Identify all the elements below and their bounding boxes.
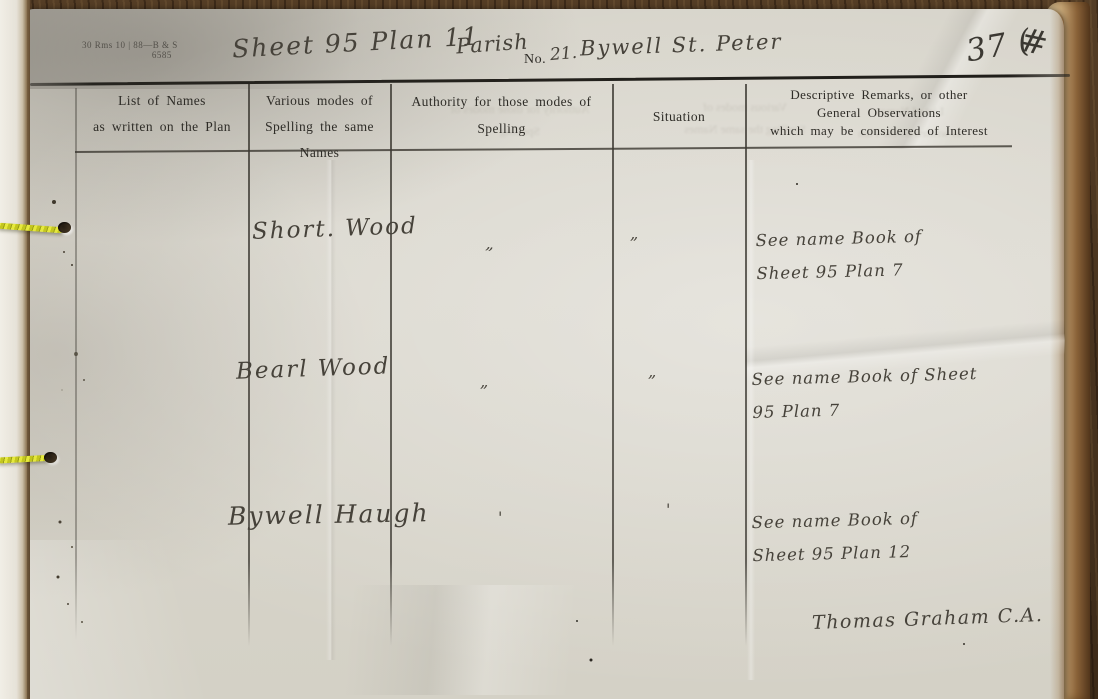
- binding-hole: [58, 222, 71, 233]
- printer-stamp: 30 Rms 10 | 88—B & S 6585: [82, 40, 178, 60]
- table-column-line: [612, 84, 614, 646]
- scanned-register-photo: Authority for those modes of Spelling Va…: [0, 0, 1098, 699]
- row-1-remarks: See name Book of Sheet 95 Plan 7: [755, 220, 923, 290]
- table-column-line: [745, 84, 747, 646]
- row-2-authority-ditto: „: [480, 372, 488, 391]
- row-2-remarks: See name Book of Sheet 95 Plan 7: [751, 357, 978, 429]
- column-header-descriptive-remarks: Descriptive Remarks, or other General Ob…: [748, 86, 1010, 140]
- column-header-various-modes: Various modes of Spelling the same Names: [250, 88, 389, 166]
- ink-specks: [0, 0, 4, 4]
- parish-number-annotation: 21.: [549, 43, 578, 65]
- row-2-place-name: Bearl Wood: [236, 353, 391, 384]
- printer-stamp-line2: 6585: [82, 50, 178, 60]
- parish-word-annotation: Parish: [455, 29, 529, 58]
- row-3-place-name: Bywell Haugh: [228, 498, 430, 531]
- binding-margin: [0, 0, 30, 699]
- row-3-situation-ditto: ': [666, 500, 670, 519]
- row-1-situation-ditto: „: [630, 224, 638, 243]
- row-2-situation-ditto: „: [648, 362, 656, 381]
- binding-fold: [27, 0, 30, 699]
- printed-no-label: No.: [524, 52, 546, 68]
- column-header-list-of-names: List of Names as written on the Plan: [77, 88, 247, 140]
- column-header-situation: Situation: [614, 88, 744, 130]
- row-3-authority-ditto: ': [498, 508, 502, 527]
- printer-stamp-line1: 30 Rms 10 | 88—B & S: [82, 40, 178, 50]
- binding-hole: [44, 452, 57, 463]
- column-header-authority: Authority for those modes of Spelling: [392, 88, 611, 142]
- row-3-remarks: See name Book of Sheet 95 Plan 12: [751, 502, 919, 572]
- table-column-line: [75, 88, 77, 640]
